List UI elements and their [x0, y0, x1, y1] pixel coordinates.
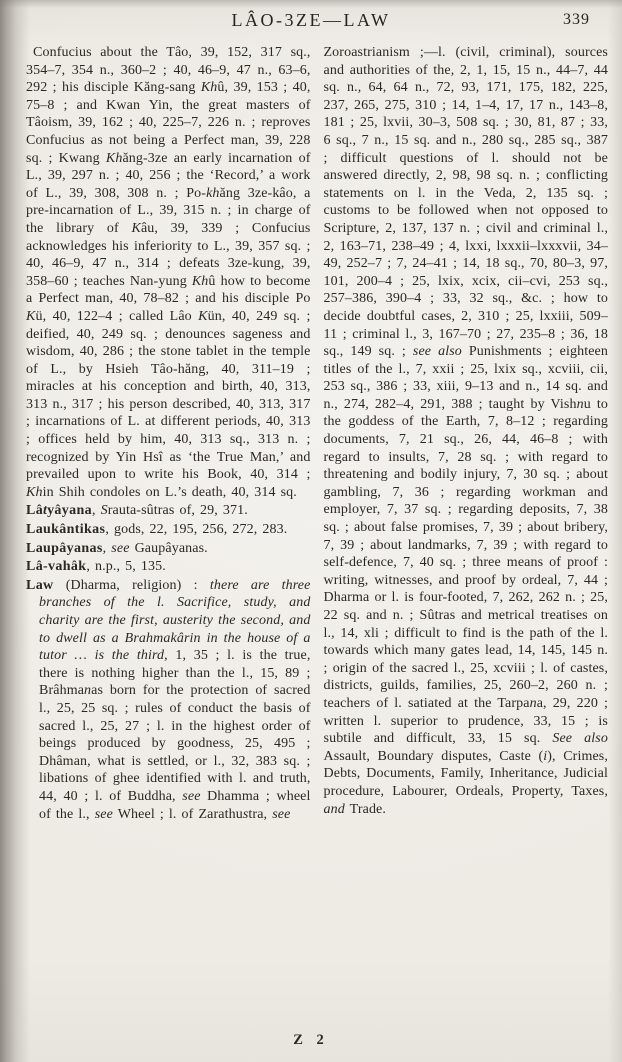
- text-segment: ün, 40, 249 sq. ; deified, 40, 249 sq. ;…: [26, 309, 311, 482]
- page-header: LÂO-3ZE—LAW 339: [0, 10, 622, 36]
- book-page: LÂO-3ZE—LAW 339 Confucius about the Tâo,…: [0, 0, 622, 1062]
- page-number: 339: [563, 11, 590, 29]
- text-segment: tra,: [248, 807, 272, 822]
- text-segment: see: [272, 807, 290, 822]
- text-segment: rauta-sûtras of, 29, 371.: [108, 503, 248, 518]
- text-segment: u to the goddess of the Earth, 7, 8–12 ;…: [324, 397, 609, 711]
- text-segment: Wheel ; l. of Zarathu: [113, 807, 243, 822]
- text-segment: see: [111, 541, 129, 556]
- text-segment: Laupâyanas: [26, 541, 103, 556]
- index-paragraph: Lâ-vahâk, n.p., 5, 135.: [26, 558, 311, 576]
- index-paragraph: Laukântikas, gods, 22, 195, 256, 272, 28…: [26, 521, 311, 539]
- text-segment: Kh: [201, 80, 218, 95]
- right-column: Zoroastrianism ;—l. (civil, criminal), s…: [324, 44, 609, 1032]
- text-segment: K: [198, 309, 207, 324]
- text-segment: see also: [413, 344, 462, 359]
- left-column: Confucius about the Tâo, 39, 152, 317 sq…: [26, 44, 311, 1032]
- text-segment: Kh: [26, 485, 43, 500]
- text-segment: Lâ: [26, 503, 43, 518]
- running-title: LÂO-3ZE—LAW: [0, 10, 622, 31]
- text-segment: ü, 40, 122–4 ; called Lâo: [35, 309, 198, 324]
- text-segment: Zoroastrianism ;—l. (civil, criminal), s…: [324, 45, 609, 359]
- index-paragraph: Law (Dharma, religion) : there are three…: [26, 577, 311, 823]
- text-segment: ,: [103, 541, 112, 556]
- text-segment: , gods, 22, 195, 256, 272, 283.: [105, 522, 287, 537]
- text-segment: yâyana: [47, 503, 92, 518]
- text-segment: Lâ-vahâk: [26, 559, 86, 574]
- printer-signature-mark: Z 2: [0, 1032, 622, 1049]
- text-segment: Kh: [106, 151, 123, 166]
- text-segment: See also: [552, 731, 608, 746]
- text-segment: Trade.: [345, 802, 386, 817]
- text-segment: Kh: [192, 274, 209, 289]
- page-top-edge-shadow: [0, 0, 622, 8]
- text-segment: see: [182, 789, 200, 804]
- index-paragraph: Lâtyâyana, Srauta-sûtras of, 29, 371.: [26, 502, 311, 520]
- text-segment: Law: [26, 578, 54, 593]
- text-segment: (Dharma, religion) :: [54, 578, 210, 593]
- text-columns: Confucius about the Tâo, 39, 152, 317 sq…: [26, 44, 608, 1032]
- text-segment: Assault, Boundary disputes, Caste (: [324, 749, 544, 764]
- text-segment: n: [577, 397, 584, 412]
- index-paragraph: Zoroastrianism ;—l. (civil, criminal), s…: [324, 44, 609, 818]
- text-segment: Gaupâyanas.: [130, 541, 208, 556]
- text-segment: as born for the protection of sacred l.,…: [39, 683, 311, 804]
- index-paragraph: Confucius about the Tâo, 39, 152, 317 sq…: [26, 44, 311, 501]
- text-segment: n: [530, 696, 537, 711]
- index-paragraph: Laupâyanas, see Gaupâyanas.: [26, 540, 311, 558]
- text-segment: ,: [92, 503, 101, 518]
- text-segment: in Shih condoles on L.’s death, 40, 314 …: [43, 485, 297, 500]
- page-right-edge-shadow: [608, 0, 622, 1062]
- text-segment: Laukântikas: [26, 522, 105, 537]
- text-segment: K: [131, 221, 140, 236]
- text-segment: see: [95, 807, 113, 822]
- text-segment: kh: [206, 186, 219, 201]
- text-segment: and: [324, 802, 345, 817]
- text-segment: S: [101, 503, 108, 518]
- text-segment: , n.p., 5, 135.: [86, 559, 166, 574]
